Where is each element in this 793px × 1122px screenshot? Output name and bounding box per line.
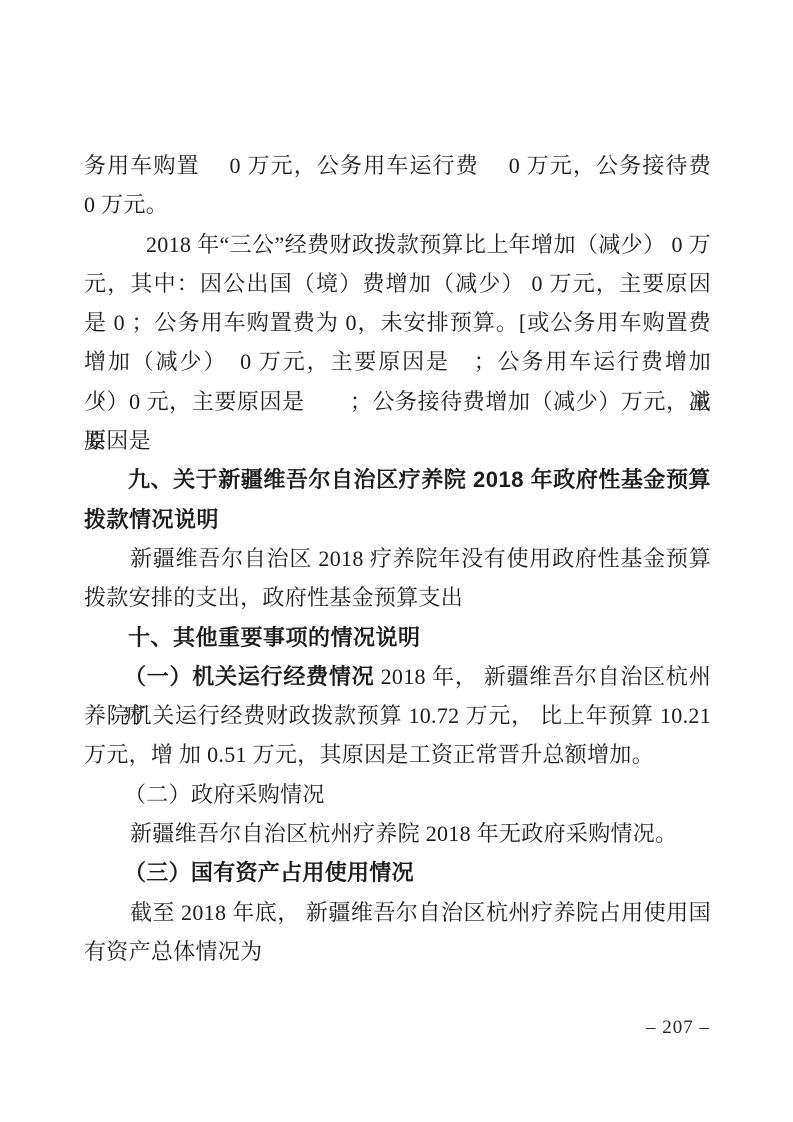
text-run: 截至 2018 年底， 新疆维吾尔自治区杭州疗养院占用使用国 (130, 900, 711, 925)
text-line: （二）政府采购情况 (84, 775, 711, 814)
text-line: 养院机关运行经费财政拨款预算 10.72 万元， 比上年预算 10.21 (84, 696, 711, 735)
text-run: 九、关于新疆维吾尔自治区疗养院 2018 年政府性基金预算 (128, 467, 711, 492)
text-line: 原因是 (84, 421, 711, 460)
text-line: 是 0 ；公务用车购置费为 0，未安排预算。[或公务用车购置费 (84, 303, 711, 342)
document-body: 务用车购置 0 万元，公务用车运行费 0 万元，公务接待费0 万元。2018 年… (84, 146, 711, 971)
emphasis-run: （三）国有资产占用使用情况 (124, 860, 414, 885)
text-line: 增加（减少） 0 万元，主要原因是 ；公务用车运行费增加（减 (84, 342, 711, 381)
text-run: 元，其中：因公出国（境）费增加（减少） 0 万元，主要原因 (84, 271, 711, 296)
text-run: 十、其他重要事项的情况说明 (128, 625, 421, 650)
text-line: （一）机关运行经费情况 2018 年， 新疆维吾尔自治区杭州疗 (84, 657, 711, 696)
text-line: 少）0 元，主要原因是 ；公务接待费增加（减少）万元，主要 (84, 382, 711, 421)
text-line: 九、关于新疆维吾尔自治区疗养院 2018 年政府性基金预算 (84, 460, 711, 499)
text-line: （三）国有资产占用使用情况 (84, 853, 711, 892)
text-run: 拨款情况说明 (84, 507, 219, 532)
text-run: 是 0 ；公务用车购置费为 0，未安排预算。[或公务用车购置费 (84, 310, 711, 335)
text-run: 0 万元。 (84, 192, 168, 217)
text-run: 有资产总体情况为 (84, 939, 262, 964)
text-line: 拨款安排的支出，政府性基金预算支出 (84, 578, 711, 617)
text-run: 新疆维吾尔自治区杭州疗养院 2018 年无政府采购情况。 (130, 821, 677, 846)
emphasis-run: （一）机关运行经费情况 (124, 664, 374, 689)
text-run: 务用车购置 0 万元，公务用车运行费 0 万元，公务接待费 (84, 153, 711, 178)
document-page: 务用车购置 0 万元，公务用车运行费 0 万元，公务接待费0 万元。2018 年… (0, 0, 793, 1122)
text-line: 务用车购置 0 万元，公务用车运行费 0 万元，公务接待费 (84, 146, 711, 185)
text-run: 原因是 (84, 428, 151, 453)
text-run: 2018 年“三公”经费财政拨款预算比上年增加（减少） 0 万 (146, 232, 711, 257)
text-line: 万元，增 加 0.51 万元，其原因是工资正常晋升总额增加。 (84, 735, 711, 774)
text-line: 2018 年“三公”经费财政拨款预算比上年增加（减少） 0 万 (84, 225, 711, 264)
text-run: 新疆维吾尔自治区 2018 疗养院年没有使用政府性基金预算 (130, 546, 711, 571)
emphasis-run: （二）政府采购情况 (124, 782, 325, 807)
text-line: 拨款情况说明 (84, 500, 711, 539)
text-run: 养院机关运行经费财政拨款预算 10.72 万元， 比上年预算 10.21 (84, 703, 711, 728)
text-line: 元，其中：因公出国（境）费增加（减少） 0 万元，主要原因 (84, 264, 711, 303)
text-line: 0 万元。 (84, 185, 711, 224)
text-run: 拨款安排的支出，政府性基金预算支出 (84, 585, 463, 610)
text-line: 新疆维吾尔自治区杭州疗养院 2018 年无政府采购情况。 (84, 814, 711, 853)
text-line: 十、其他重要事项的情况说明 (84, 618, 711, 657)
text-run: 万元，增 加 0.51 万元，其原因是工资正常晋升总额增加。 (84, 742, 654, 767)
text-line: 截至 2018 年底， 新疆维吾尔自治区杭州疗养院占用使用国 (84, 893, 711, 932)
text-line: 有资产总体情况为 (84, 932, 711, 971)
page-number: – 207 – (646, 1014, 710, 1042)
text-line: 新疆维吾尔自治区 2018 疗养院年没有使用政府性基金预算 (84, 539, 711, 578)
